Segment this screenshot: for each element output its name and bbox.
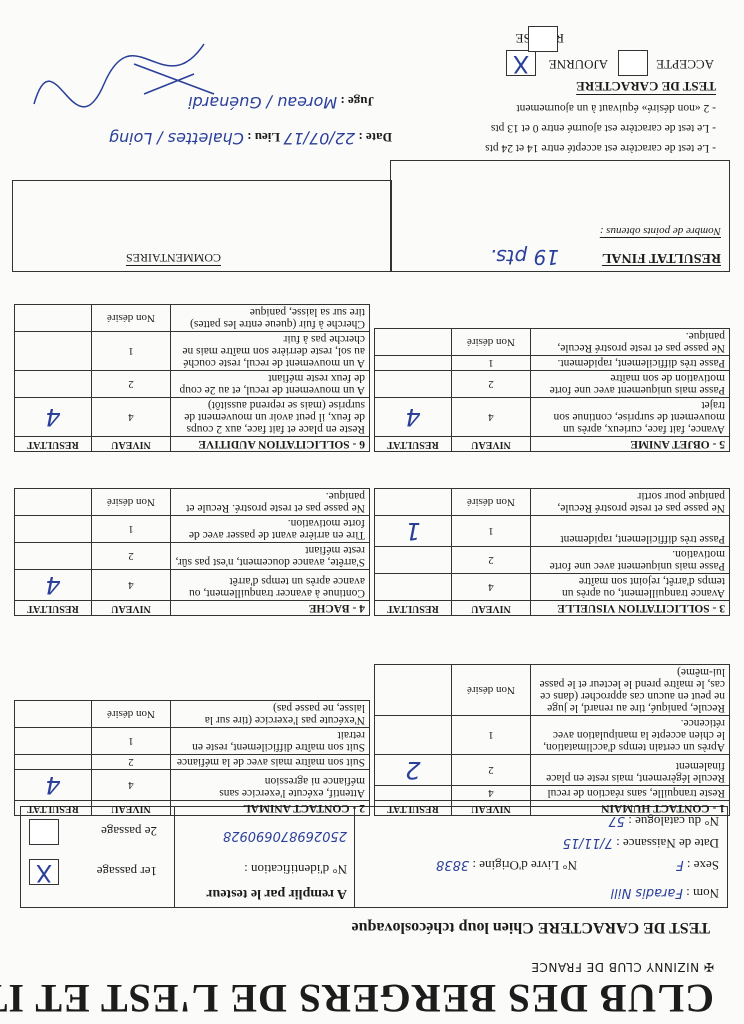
criteria-row: Ne passe pas et reste prostré. Recule et… bbox=[15, 489, 370, 516]
criteria-row: Passe très difficilement, rapidement. 1 bbox=[375, 356, 730, 371]
result-cell[interactable] bbox=[375, 489, 452, 516]
comments-box[interactable]: COMMENTAIRES bbox=[12, 180, 392, 272]
result-cell[interactable] bbox=[15, 728, 92, 755]
date-line: Date : 22/07/17 Lieu : Chalettes / Loing bbox=[109, 129, 392, 148]
sexe-field[interactable]: F bbox=[676, 857, 683, 872]
section-title: 1 - CONTACT HUMAIN bbox=[531, 801, 730, 816]
criteria-row: Ne passe pas et reste prostré Recule, pa… bbox=[375, 489, 730, 516]
result-cell[interactable] bbox=[375, 786, 452, 801]
sub-club: ✠ NIZINNY CLUB DE FRANCE bbox=[531, 960, 714, 974]
criteria-row: Recule, paniqué, tire au renard, le juge… bbox=[375, 665, 730, 716]
criteria-row: Suit son maître mais avec de la méfiance… bbox=[15, 755, 370, 770]
result-cell[interactable] bbox=[15, 332, 92, 371]
result-cell[interactable] bbox=[375, 356, 452, 371]
identity-box: Nom : Faradis Nill Sexe : F N° Livre d'O… bbox=[20, 806, 728, 908]
naissance-field[interactable]: 7/11/15 bbox=[563, 835, 613, 850]
final-result-box: RESULTAT FINAL 19 pts. Nombre de points … bbox=[390, 160, 730, 272]
lieu-field[interactable]: Chalettes / Loing bbox=[109, 129, 244, 148]
section-title: 4 - BACHE bbox=[171, 601, 370, 616]
result-cell[interactable] bbox=[15, 516, 92, 543]
criteria-row: Continue à avancer tranquillement, ou av… bbox=[15, 570, 370, 601]
judge-signature bbox=[24, 4, 224, 124]
result-cell[interactable]: 4 bbox=[15, 570, 92, 601]
accepte-checkbox[interactable] bbox=[618, 50, 648, 76]
section-table: 5 - OBJET ANIME NIVEAU RESULTAT Avance, … bbox=[374, 328, 730, 452]
criteria-row: Reste en place et fait face, aux 2 coups… bbox=[15, 398, 370, 437]
result-cell[interactable] bbox=[375, 716, 452, 755]
club-name: CLUB DES BERGERS DE L'EST ET ITALIENS bbox=[0, 978, 714, 1018]
section-title: 6 - SOLLICITATION AUDITIVE bbox=[171, 437, 370, 452]
result-cell[interactable] bbox=[15, 371, 92, 398]
result-cell[interactable] bbox=[15, 305, 92, 332]
nom-field[interactable]: Faradis Nill bbox=[611, 885, 683, 900]
section-table: 6 - SOLLICITATION AUDITIVE NIVEAU RESULT… bbox=[14, 304, 370, 452]
points-field[interactable]: 19 pts. bbox=[490, 245, 559, 269]
result-cell[interactable] bbox=[375, 665, 452, 716]
result-cell[interactable] bbox=[375, 574, 452, 601]
passage1-checkbox[interactable]: X bbox=[29, 859, 59, 885]
result-cell[interactable] bbox=[15, 701, 92, 728]
criteria-row: Avance, fait face, curieux, après un mou… bbox=[375, 398, 730, 437]
section-title: 2 - CONTACT ANIMAL bbox=[171, 801, 370, 816]
result-cell[interactable]: 4 bbox=[15, 770, 92, 801]
criteria-row: Cherche à fuir (queue entre les pattes) … bbox=[15, 305, 370, 332]
result-cell[interactable] bbox=[15, 755, 92, 770]
section-table: 1 - CONTACT HUMAIN NIVEAU RESULTAT Reste… bbox=[374, 664, 730, 816]
criteria-row: Passe mais uniquement avec une forte mot… bbox=[375, 371, 730, 398]
result-cell[interactable] bbox=[375, 329, 452, 356]
date-field[interactable]: 22/07/17 bbox=[283, 129, 355, 148]
criteria-row: N'exécute pas l'exercice (tire sur la la… bbox=[15, 701, 370, 728]
ajourne-checkbox[interactable]: X bbox=[506, 50, 536, 76]
character-test-form: CLUB DES BERGERS DE L'EST ET ITALIENS ✠ … bbox=[0, 0, 744, 1024]
section-title: 5 - OBJET ANIME bbox=[531, 437, 730, 452]
form-title: TEST DE CARACTERE Chien loup tchécoslova… bbox=[352, 918, 710, 936]
refuse-box[interactable] bbox=[528, 26, 558, 52]
criteria-row: A un mouvement de recul, reste couché au… bbox=[15, 332, 370, 371]
result-cell[interactable] bbox=[375, 547, 452, 574]
section-table: 3 - SOLLICITATION VISUELLE NIVEAU RESULT… bbox=[374, 488, 730, 616]
criteria-row: A un mouvement de recul, et au 2e coup d… bbox=[15, 371, 370, 398]
livre-field[interactable]: 3838 bbox=[436, 857, 469, 872]
section-title: 3 - SOLLICITATION VISUELLE bbox=[531, 601, 730, 616]
criteria-row: Tire en arrière avant de passer avec de … bbox=[15, 516, 370, 543]
criteria-row: Après un certain temps d'acclimatation, … bbox=[375, 716, 730, 755]
verdict-title: TEST DE CARACTERE bbox=[576, 78, 716, 94]
criteria-row: Reste tranquille, sans réaction de recul… bbox=[375, 786, 730, 801]
criteria-row: Recule légèrement, mais reste en place f… bbox=[375, 755, 730, 786]
dog-info: Nom : Faradis Nill Sexe : F N° Livre d'O… bbox=[354, 807, 727, 907]
criteria-row: Avance tranquillement, ou après un temps… bbox=[375, 574, 730, 601]
criteria-row: Passe très difficilement, rapidement 1 1 bbox=[375, 516, 730, 547]
result-cell[interactable]: 4 bbox=[15, 398, 92, 437]
result-cell[interactable] bbox=[375, 371, 452, 398]
criteria-row: Passe mais uniquement avec une forte mot… bbox=[375, 547, 730, 574]
result-cell[interactable] bbox=[15, 489, 92, 516]
section-table: 4 - BACHE NIVEAU RESULTAT Continue à ava… bbox=[14, 488, 370, 616]
result-cell[interactable]: 4 bbox=[375, 398, 452, 437]
criteria-row: Suit son maître difficilement, reste en … bbox=[15, 728, 370, 755]
tester-info: A remplir par le testeur N° d'identifica… bbox=[174, 807, 355, 907]
passage2-checkbox[interactable] bbox=[29, 819, 59, 845]
section-table: 2 - CONTACT ANIMAL NIVEAU RESULTAT Atten… bbox=[14, 700, 370, 816]
result-cell[interactable]: 1 bbox=[375, 516, 452, 547]
criteria-row: Attentif, exécute l'exercice sans méfian… bbox=[15, 770, 370, 801]
identification-field[interactable]: 250269870690928 bbox=[223, 828, 347, 843]
criteria-row: S'arrête, avance doucement, n'est pas sû… bbox=[15, 543, 370, 570]
criteria-row: Ne passe pas et reste prostré Recule, pa… bbox=[375, 329, 730, 356]
result-cell[interactable] bbox=[15, 543, 92, 570]
result-cell[interactable]: 2 bbox=[375, 755, 452, 786]
